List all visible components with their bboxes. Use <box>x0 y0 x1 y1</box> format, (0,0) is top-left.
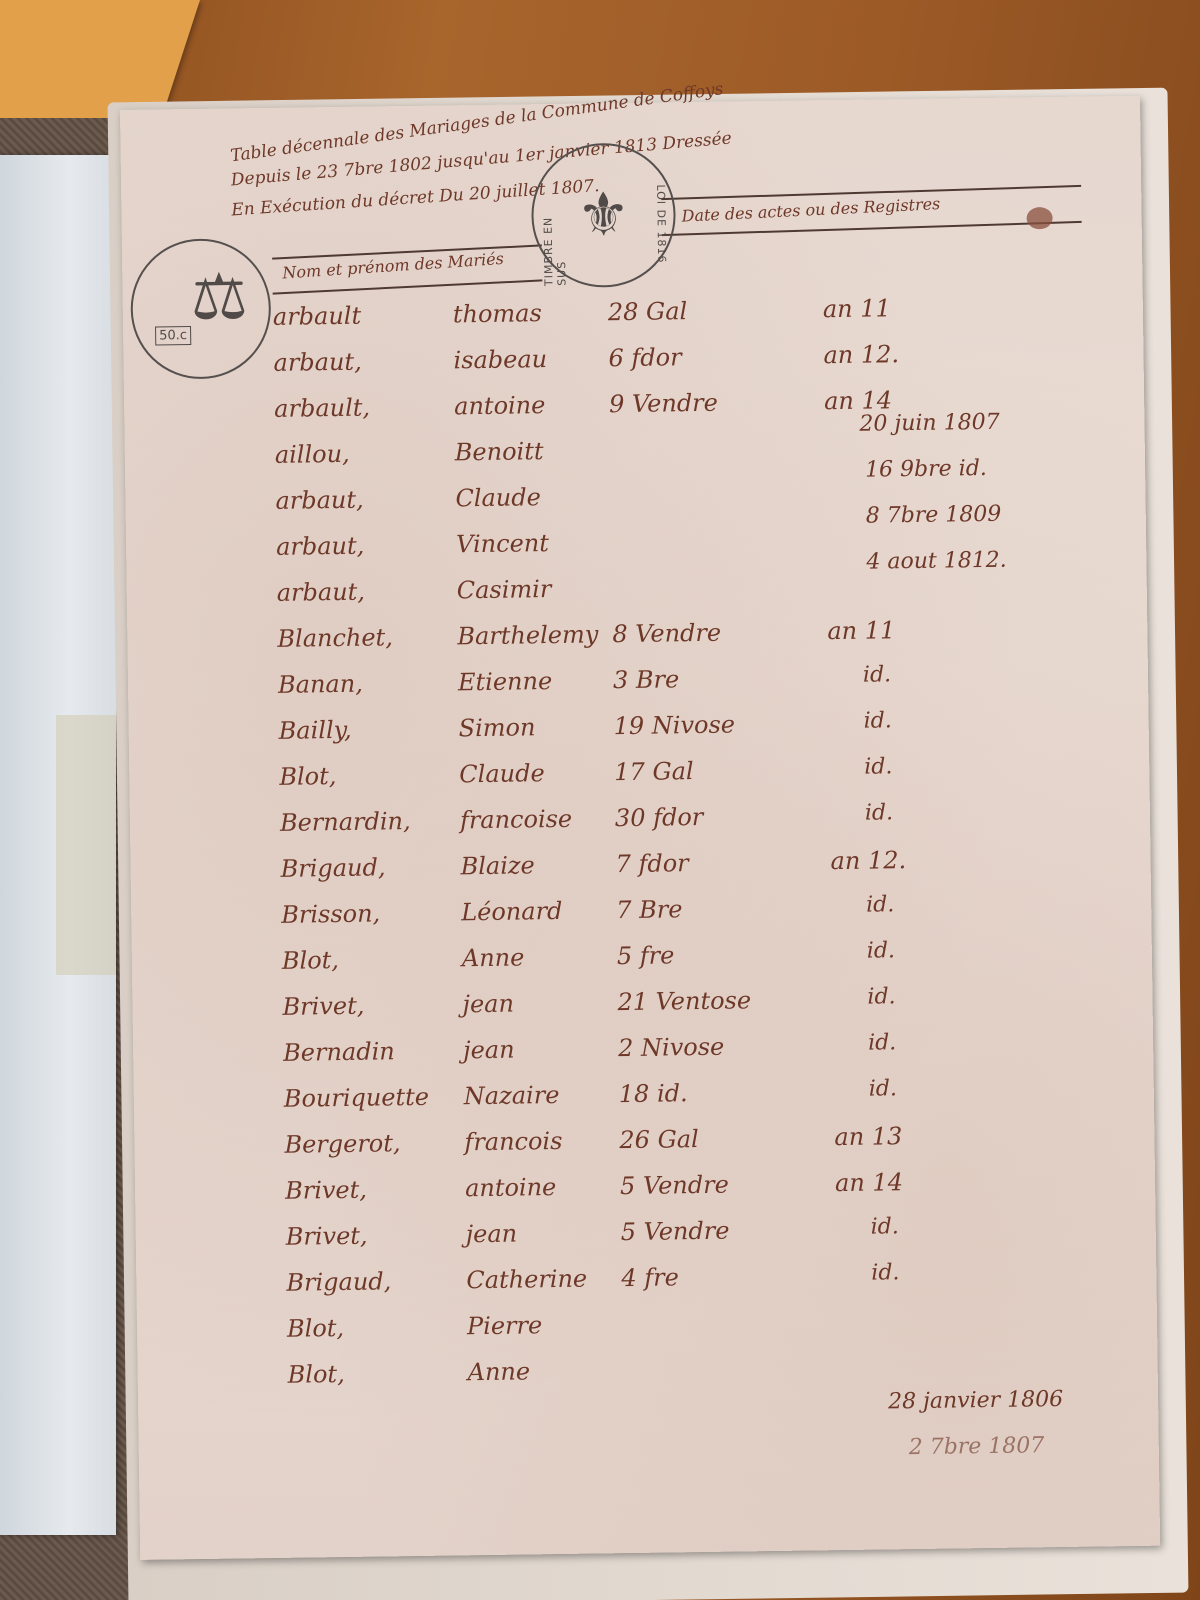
given-name: Pierre <box>467 1311 543 1340</box>
given-name: Anne <box>462 943 525 972</box>
given-name: Barthelemy <box>457 620 598 650</box>
given-name: Casimir <box>457 575 552 604</box>
register-ref: id. <box>869 1076 897 1101</box>
surname: Blot, <box>287 1360 344 1389</box>
surname: arbault, <box>274 394 370 423</box>
year: an 14 <box>835 1168 903 1197</box>
marriage-date: 18 id. <box>619 1079 688 1108</box>
surname: aillou, <box>275 440 350 469</box>
given-name: antoine <box>454 391 546 420</box>
given-name: Etienne <box>458 667 553 696</box>
given-name: antoine <box>465 1173 557 1202</box>
year: an 11 <box>823 294 891 323</box>
marriage-date: 9 Vendre <box>609 389 718 419</box>
ink-blot <box>1026 207 1052 229</box>
register-ref: id. <box>867 984 895 1009</box>
surname: Brigaud, <box>286 1267 391 1296</box>
marriage-date: 8 Vendre <box>612 619 721 649</box>
year: an 12. <box>823 340 899 369</box>
register-ref: id. <box>865 800 893 825</box>
given-name: francoise <box>460 805 573 835</box>
side-date: 16 9bre id. <box>865 456 987 483</box>
register-ref: id. <box>870 1214 898 1239</box>
left-facing-page <box>0 155 116 1535</box>
fleur-de-lis-stamp: ⚜ LOI DE 1816 TIMBRE EN SUS <box>531 142 677 288</box>
marriage-date: 5 fre <box>617 941 675 970</box>
given-name: Anne <box>467 1357 530 1386</box>
marriage-date: 7 fdor <box>615 849 688 878</box>
marriage-date: 21 Ventose <box>617 986 751 1016</box>
given-name: Vincent <box>456 529 549 558</box>
surname: Brivet, <box>282 992 364 1021</box>
surname: Banan, <box>278 670 363 699</box>
given-name: Blaize <box>460 851 535 880</box>
given-name: thomas <box>453 299 542 328</box>
given-name: Claude <box>459 759 545 788</box>
register-ref: id. <box>863 662 891 687</box>
marriage-date: 2 Nivose <box>618 1033 724 1062</box>
marriage-date: 4 fre <box>621 1263 679 1292</box>
side-date: 2 7bre 1807 <box>909 1433 1045 1460</box>
column-header-names: Nom et prénom des Mariés <box>282 249 505 283</box>
year: an 12. <box>830 846 906 875</box>
given-name: francois <box>464 1127 562 1156</box>
surname: Bailly, <box>278 716 351 745</box>
given-name: Nazaire <box>464 1081 560 1110</box>
year: an 11 <box>827 616 895 645</box>
marriage-date: 26 Gal <box>619 1125 699 1154</box>
surname: Blot, <box>287 1314 344 1343</box>
given-name: Benoitt <box>455 437 544 466</box>
side-date: 4 aout 1812. <box>866 548 1007 575</box>
year: an 13 <box>834 1122 902 1151</box>
surname: Bernadin <box>283 1037 395 1067</box>
register-ref: id. <box>864 754 892 779</box>
given-name: Simon <box>458 713 535 742</box>
surname: Blot, <box>279 762 336 791</box>
surname: Blot, <box>282 946 339 975</box>
side-date: 8 7bre 1809 <box>866 502 1002 529</box>
repair-tape <box>56 715 116 975</box>
surname: Brivet, <box>285 1176 367 1205</box>
marriage-date: 6 fdor <box>608 343 681 372</box>
surname: Bernardin, <box>280 807 411 837</box>
register-page: Table décennale des Mariages de la Commu… <box>120 96 1160 1560</box>
register-ref: id. <box>867 938 895 963</box>
register-ref: id. <box>863 708 891 733</box>
header-rule <box>273 279 543 294</box>
marriage-date: 17 Gal <box>614 757 694 786</box>
surname: Brigaud, <box>280 853 385 882</box>
marriage-date: 7 Bre <box>616 895 683 924</box>
given-name: jean <box>466 1220 518 1249</box>
surname: Brisson, <box>281 899 380 928</box>
given-name: isabeau <box>453 345 547 374</box>
register-ref: id. <box>866 892 894 917</box>
marriage-date: 5 Vendre <box>620 1171 729 1201</box>
surname: arbaut, <box>275 486 364 515</box>
given-name: jean <box>462 990 514 1019</box>
marriage-date: 30 fdor <box>615 803 704 832</box>
given-name: Catherine <box>466 1265 587 1295</box>
stamp-ring-text: LOI DE 1816 <box>654 184 668 263</box>
marriage-date: 5 Vendre <box>621 1217 730 1247</box>
fleur-de-lis-icon: ⚜ <box>576 180 631 251</box>
surname: Blanchet, <box>277 623 393 653</box>
stamp-ring-text: TIMBRE EN SUS <box>541 190 568 286</box>
side-date: 20 juin 1807 <box>859 410 1000 437</box>
given-name: Claude <box>455 483 541 512</box>
given-name: Léonard <box>461 897 563 926</box>
surname: arbaut, <box>276 532 365 561</box>
column-header-dates: Date des actes ou des Registres <box>681 194 941 226</box>
side-date: 28 janvier 1806 <box>888 1387 1063 1414</box>
given-name: jean <box>463 1036 515 1065</box>
surname: arbault <box>273 302 362 331</box>
marriage-date: 3 Bre <box>613 665 680 694</box>
surname: Brivet, <box>286 1222 368 1251</box>
register-ref: id. <box>868 1030 896 1055</box>
marriage-date: 19 Nivose <box>613 710 735 740</box>
surname: Bouriquette <box>284 1083 430 1113</box>
register-ref: id. <box>871 1260 899 1285</box>
surname: arbaut, <box>277 578 366 607</box>
marriage-date: 28 Gal <box>608 297 688 326</box>
surname: arbaut, <box>273 348 362 377</box>
surname: Bergerot, <box>284 1129 400 1159</box>
